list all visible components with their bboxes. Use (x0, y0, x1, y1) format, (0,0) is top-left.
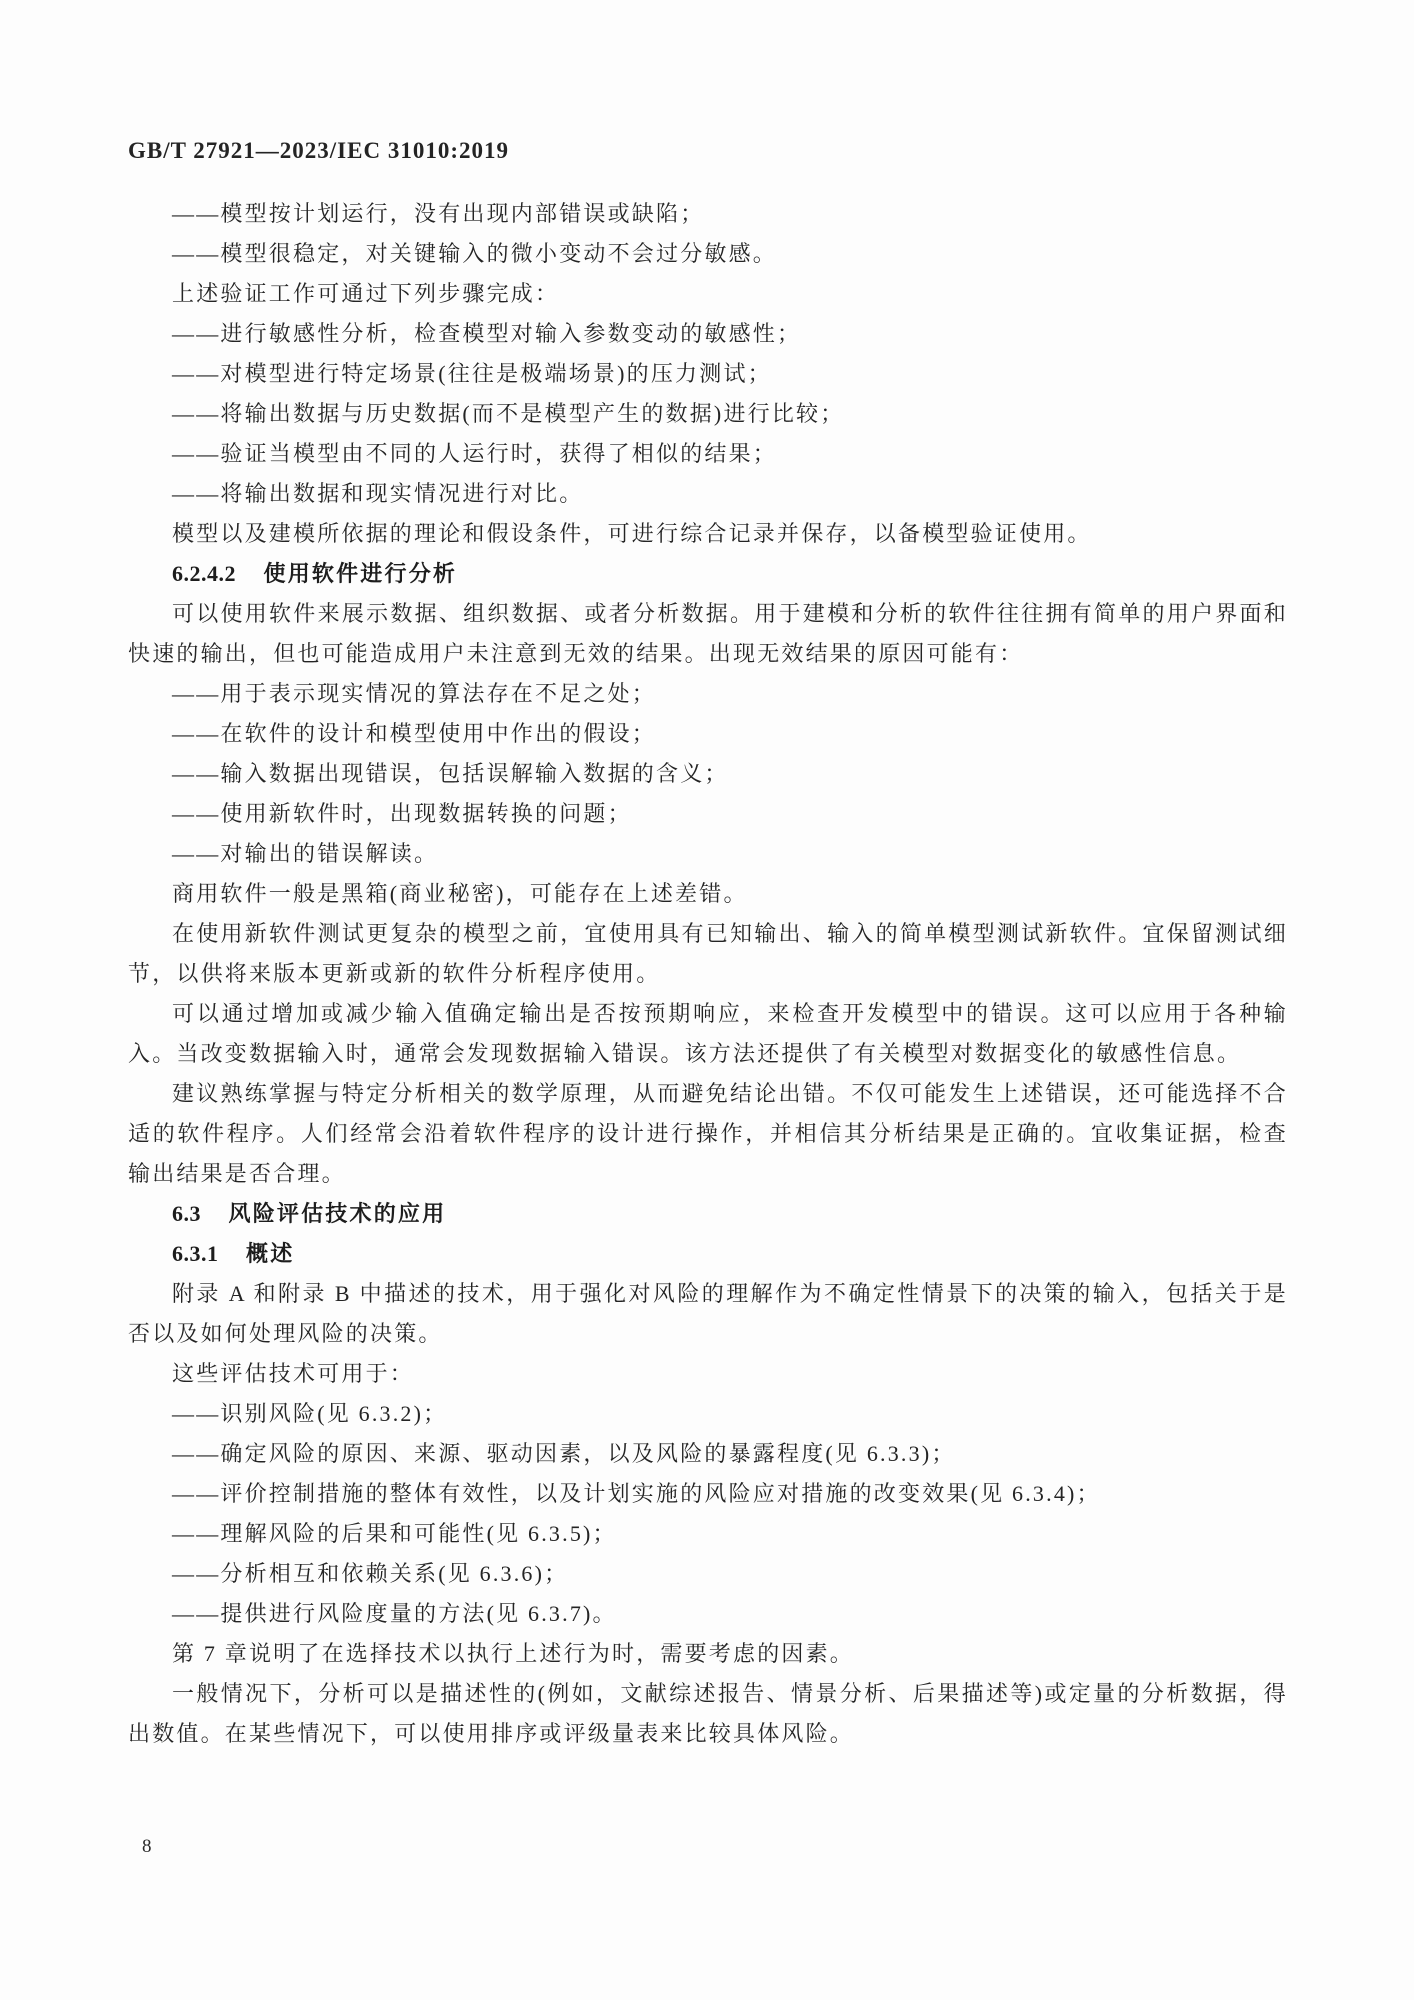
list-item-dash: ——输入数据出现错误，包括误解输入数据的含义； (128, 754, 1288, 794)
list-item-dash: ——使用新软件时，出现数据转换的问题； (128, 794, 1288, 834)
paragraph: 上述验证工作可通过下列步骤完成： (128, 274, 1288, 314)
paragraph: 这些评估技术可用于： (128, 1354, 1288, 1394)
document-body: ——模型按计划运行，没有出现内部错误或缺陷； ——模型很稳定，对关键输入的微小变… (128, 194, 1288, 1754)
standard-number: GB/T 27921—2023/IEC 31010:2019 (128, 138, 1288, 164)
list-item-dash: ——评价控制措施的整体有效性，以及计划实施的风险应对措施的改变效果(见 6.3.… (128, 1474, 1288, 1514)
list-item-dash: ——识别风险(见 6.3.2)； (128, 1394, 1288, 1434)
list-item-dash: ——进行敏感性分析，检查模型对输入参数变动的敏感性； (128, 314, 1288, 354)
paragraph: 一般情况下，分析可以是描述性的(例如，文献综述报告、情景分析、后果描述等)或定量… (128, 1674, 1288, 1754)
heading-title: 风险评估技术的应用 (229, 1201, 447, 1226)
paragraph: 附录 A 和附录 B 中描述的技术，用于强化对风险的理解作为不确定性情景下的决策… (128, 1274, 1288, 1354)
paragraph: 在使用新软件测试更复杂的模型之前，宜使用具有已知输出、输入的简单模型测试新软件。… (128, 914, 1288, 994)
page-number: 8 (142, 1836, 152, 1858)
paragraph: 可以使用软件来展示数据、组织数据、或者分析数据。用于建模和分析的软件往往拥有简单… (128, 594, 1288, 674)
page-content: GB/T 27921—2023/IEC 31010:2019 ——模型按计划运行… (128, 138, 1288, 1754)
heading-title: 使用软件进行分析 (264, 561, 458, 586)
list-item-dash: ——确定风险的原因、来源、驱动因素，以及风险的暴露程度(见 6.3.3)； (128, 1434, 1288, 1474)
paragraph: 商用软件一般是黑箱(商业秘密)，可能存在上述差错。 (128, 874, 1288, 914)
paragraph: 建议熟练掌握与特定分析相关的数学原理，从而避免结论出错。不仅可能发生上述错误，还… (128, 1074, 1288, 1194)
list-item-dash: ——理解风险的后果和可能性(见 6.3.5)； (128, 1514, 1288, 1554)
list-item-dash: ——对模型进行特定场景(往往是极端场景)的压力测试； (128, 354, 1288, 394)
list-item-dash: ——将输出数据和现实情况进行对比。 (128, 474, 1288, 514)
heading-number: 6.3.1 (172, 1241, 219, 1266)
paragraph: 第 7 章说明了在选择技术以执行上述行为时，需要考虑的因素。 (128, 1634, 1288, 1674)
heading-6-3-1: 6.3.1 概述 (128, 1234, 1288, 1274)
list-item-dash: ——模型按计划运行，没有出现内部错误或缺陷； (128, 194, 1288, 234)
list-item-dash: ——用于表示现实情况的算法存在不足之处； (128, 674, 1288, 714)
list-item-dash: ——对输出的错误解读。 (128, 834, 1288, 874)
list-item-dash: ——分析相互和依赖关系(见 6.3.6)； (128, 1554, 1288, 1594)
list-item-dash: ——提供进行风险度量的方法(见 6.3.7)。 (128, 1594, 1288, 1634)
heading-number: 6.3 (172, 1201, 201, 1226)
heading-6-3: 6.3 风险评估技术的应用 (128, 1194, 1288, 1234)
paragraph: 模型以及建模所依据的理论和假设条件，可进行综合记录并保存，以备模型验证使用。 (128, 514, 1288, 554)
list-item-dash: ——验证当模型由不同的人运行时，获得了相似的结果； (128, 434, 1288, 474)
heading-title: 概述 (246, 1241, 294, 1266)
list-item-dash: ——将输出数据与历史数据(而不是模型产生的数据)进行比较； (128, 394, 1288, 434)
list-item-dash: ——在软件的设计和模型使用中作出的假设； (128, 714, 1288, 754)
list-item-dash: ——模型很稳定，对关键输入的微小变动不会过分敏感。 (128, 234, 1288, 274)
heading-6-2-4-2: 6.2.4.2 使用软件进行分析 (128, 554, 1288, 594)
document-page: GB/T 27921—2023/IEC 31010:2019 ——模型按计划运行… (0, 0, 1414, 2000)
paragraph: 可以通过增加或减少输入值确定输出是否按预期响应，来检查开发模型中的错误。这可以应… (128, 994, 1288, 1074)
heading-number: 6.2.4.2 (172, 561, 236, 586)
